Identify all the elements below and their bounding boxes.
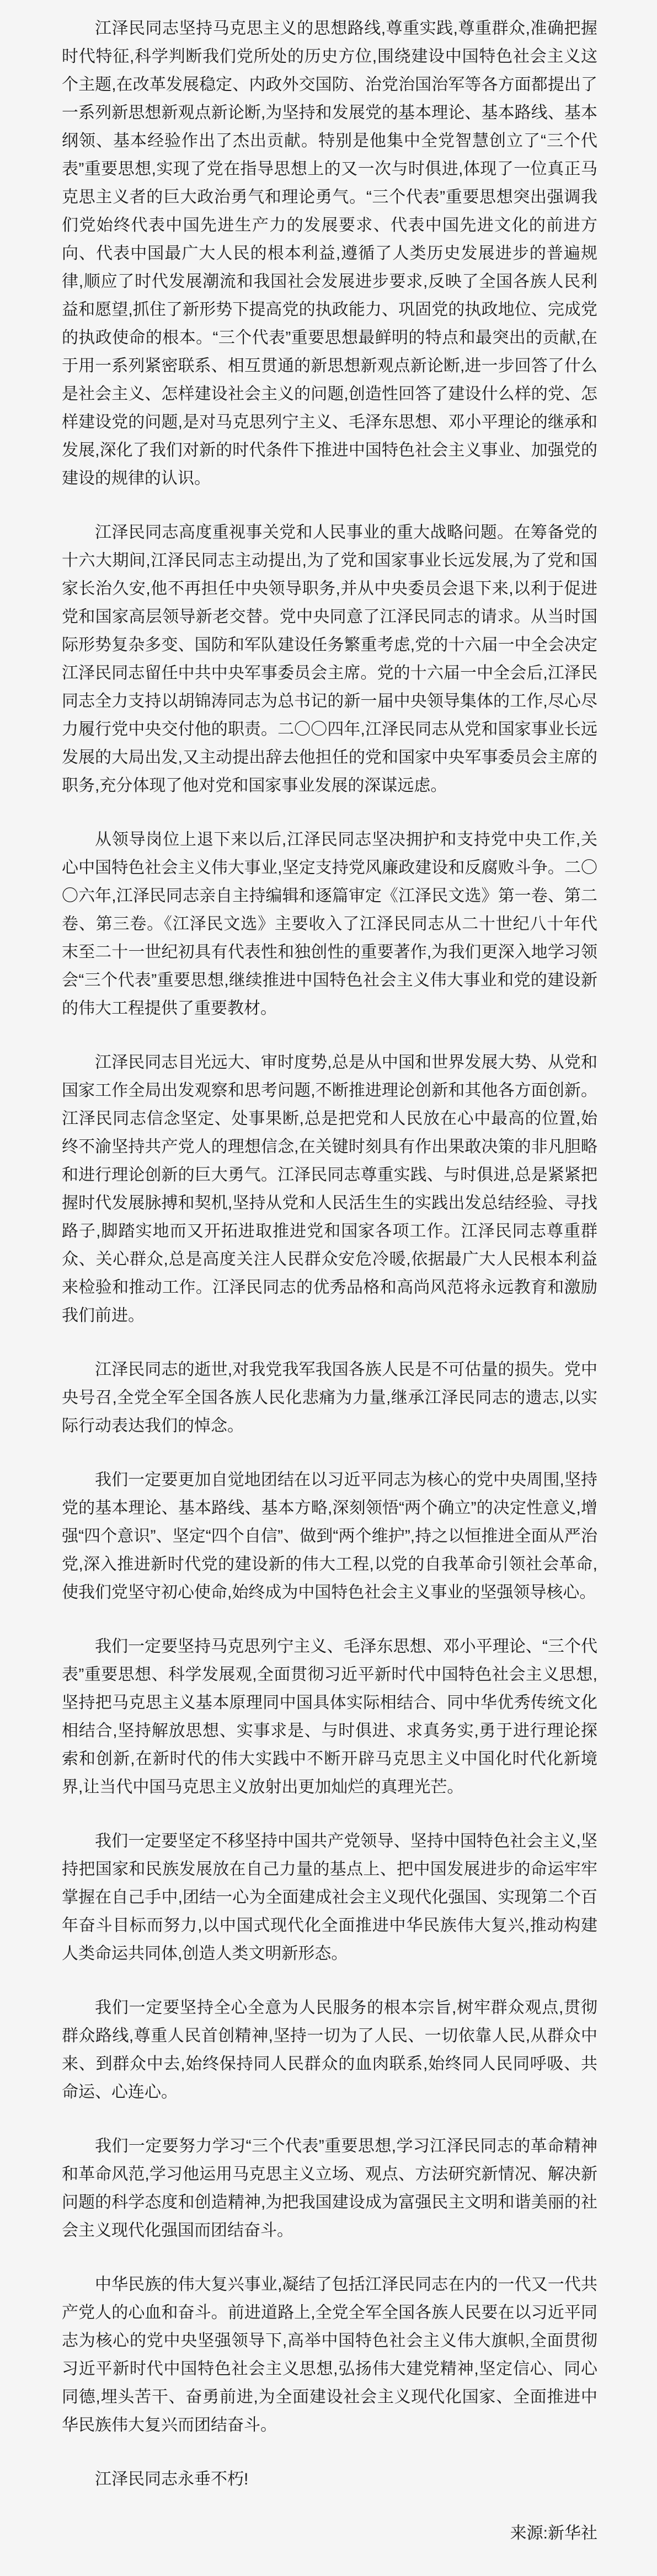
article-paragraph: 我们一定要坚持马克思列宁主义、毛泽东思想、邓小平理论、“三个代表”重要思想、科学… [62,1632,597,1801]
article-paragraph: 江泽民同志的逝世,对我党我军我国各族人民是不可估量的损失。党中央号召,全党全军全… [62,1356,597,1440]
article-paragraph: 中华民族的伟大复兴事业,凝结了包括江泽民同志在内的一代又一代共产党人的心血和奋斗… [62,2270,597,2439]
source-attribution: 来源:新华社 [62,2519,597,2547]
article-paragraph: 江泽民同志坚持马克思主义的思想路线,尊重实践,尊重群众,准确把握时代特征,科学判… [62,14,597,492]
article-paragraph: 我们一定要坚定不移坚持中国共产党领导、坚持中国特色社会主义,坚持把国家和民族发展… [62,1827,597,1968]
article-paragraph: 我们一定要更加自觉地团结在以习近平同志为核心的党中央周围,坚持党的基本理论、基本… [62,1466,597,1606]
article-paragraph: 江泽民同志高度重视事关党和人民事业的重大战略问题。在筹备党的十六大期间,江泽民同… [62,518,597,800]
article-paragraph: 江泽民同志目光远大、审时度势,总是从中国和世界发展大势、从党和国家工作全局出发观… [62,1048,597,1330]
article-body: 江泽民同志坚持马克思主义的思想路线,尊重实践,尊重群众,准确把握时代特征,科学判… [62,14,597,2493]
obituary-article: 江泽民同志坚持马克思主义的思想路线,尊重实践,尊重群众,准确把握时代特征,科学判… [62,14,597,2547]
article-paragraph: 江泽民同志永垂不朽! [62,2465,597,2493]
article-page: 江泽民同志坚持马克思主义的思想路线,尊重实践,尊重群众,准确把握时代特征,科学判… [0,0,657,2576]
article-paragraph: 从领导岗位上退下来以后,江泽民同志坚决拥护和支持党中央工作,关心中国特色社会主义… [62,826,597,1022]
article-paragraph: 我们一定要坚持全心全意为人民服务的根本宗旨,树牢群众观点,贯彻群众路线,尊重人民… [62,1994,597,2106]
article-paragraph: 我们一定要努力学习“三个代表”重要思想,学习江泽民同志的革命精神和革命风范,学习… [62,2132,597,2245]
